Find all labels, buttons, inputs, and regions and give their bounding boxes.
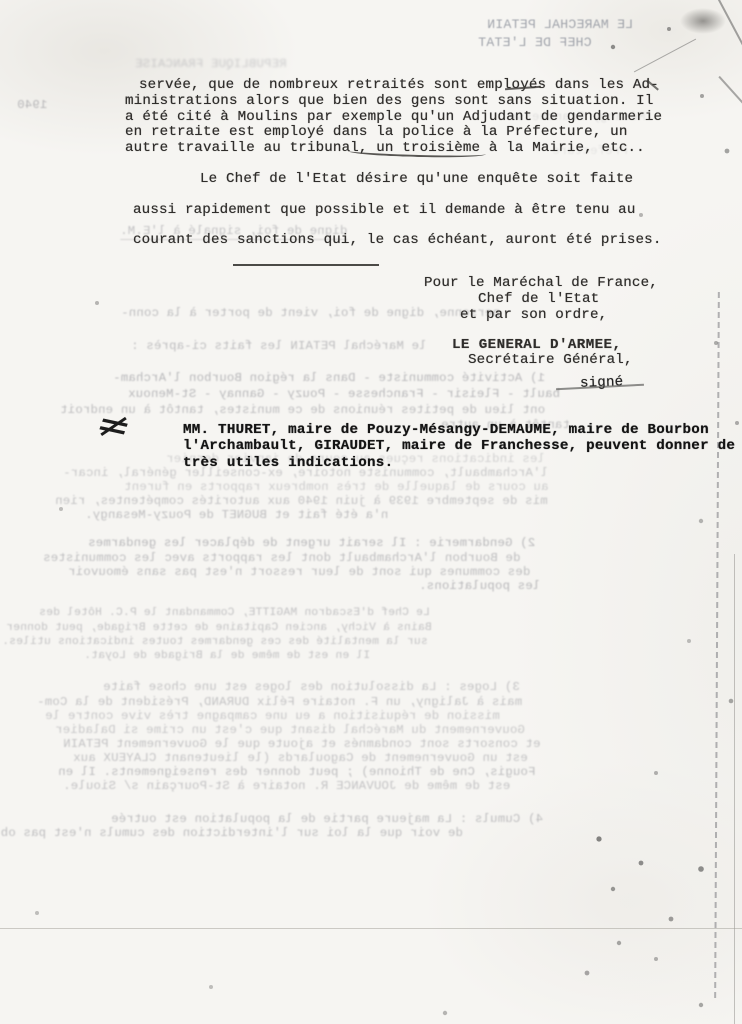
closing-line-chef: Chef de l'Etat	[478, 292, 599, 308]
bleedthrough-line: CHEF DE L'ETAT	[478, 35, 592, 50]
request-line-3: courant des sanctions qui, le cas échéan…	[133, 233, 662, 249]
bleedthrough-line: Le Chef d'Escadron MAGITTE, Commandant l…	[39, 607, 430, 619]
bleedthrough-line: mais à Jaligny, un F. notaire Félix DURA…	[37, 695, 522, 709]
bleedthrough-line: les populations.	[419, 579, 540, 593]
bleedthrough-line: au cours de laquelle de très nombreux ra…	[124, 480, 548, 494]
bleedthrough-line: LE MARECHAL PETAIN	[487, 17, 633, 32]
bleedthrough-line: mis de septembre 1939 à juin 1940 aux au…	[55, 494, 548, 508]
bleedthrough-line: 4) Cumuls : La majeure partie de la popu…	[111, 812, 543, 826]
inserted-note: MM. THURET, maire de Pouzy-Mésangy-DEMAU…	[183, 422, 735, 471]
separator-rule	[233, 264, 379, 266]
request-line-1: Le Chef de l'Etat désire qu'une enquête …	[200, 172, 633, 188]
bleedthrough-line: REPUBLIQUE FRANCAISE	[135, 57, 287, 71]
bleedthrough-line: Il en est de même de la Brigade de Loyat…	[84, 650, 370, 662]
bleedthrough-line: 1940	[17, 98, 47, 112]
closing-line-marechal: Pour le Maréchal de France,	[424, 276, 658, 292]
scan-specks	[0, 0, 2, 2]
body-paragraph: servée, que de nombreux retraités sont e…	[125, 78, 662, 157]
bleedthrough-line: personne, digne de foi, vient de porter …	[121, 306, 500, 320]
bleedthrough-line: n'a été fait et BUGNET de Pouzy-Mesangy.	[85, 508, 388, 522]
ink-smudge	[680, 8, 726, 34]
bleedthrough-line: sur la mentalité des ces gendarmes toute…	[2, 636, 428, 648]
bleedthrough-line: est de même de JOUVANCE R. notaire à St-…	[63, 779, 510, 793]
bleedthrough-line: et consorts sont condamnés et ajoute que…	[63, 737, 541, 751]
request-line-2: aussi rapidement que possible et il dema…	[133, 203, 636, 219]
bleedthrough-line: de Bourbon l'Archambault dont les rappor…	[43, 551, 521, 565]
fold-dashed-line	[714, 292, 720, 998]
page-edge-line	[734, 554, 735, 1024]
bleedthrough-line: de voir que la loi sur l'interdiction de…	[0, 826, 463, 840]
bleedthrough-line: est un Gouvernement de Cagoulards (le li…	[73, 751, 528, 765]
bleedthrough-line: Gouvernement du Maréchal disant que c'es…	[55, 723, 525, 737]
bleedthrough-line: 3) Loges : La dissolution des loges est …	[103, 680, 520, 694]
scanned-document-page: LE MARECHAL PETAINCHEF DE L'ETATREPUBLIQ…	[0, 0, 742, 1024]
signed-label: signé	[580, 374, 624, 392]
bleedthrough-line: bault - Fleisir - Franchesse - Pouzy - G…	[128, 387, 560, 401]
bleedthrough-line: des communes qui sont de leur ressort n'…	[68, 565, 530, 579]
horizontal-fold-line	[0, 928, 742, 929]
corner-crease-line	[634, 39, 696, 73]
bleedthrough-line: le Maréchal PETAIN les faits ci-après :	[131, 339, 427, 353]
corner-crease-line	[718, 76, 742, 118]
closing-line-ordre: et par son ordre,	[460, 308, 607, 324]
bleedthrough-line: Bains à Vichy, ancien Capitaine de cette…	[6, 622, 432, 634]
closing-line-secretaire: Secrétaire Général,	[468, 353, 633, 369]
bleedthrough-line: 1) Activité communiste - Dans la région …	[113, 371, 545, 385]
bleedthrough-line: mission de réquisition a eu une campagne…	[45, 709, 500, 723]
bleedthrough-line: Fougis, Cne de Thionne) ; peut donner de…	[58, 765, 536, 779]
bleedthrough-line: 2) Gendarmerie : Il serait urgent de dép…	[88, 536, 535, 550]
